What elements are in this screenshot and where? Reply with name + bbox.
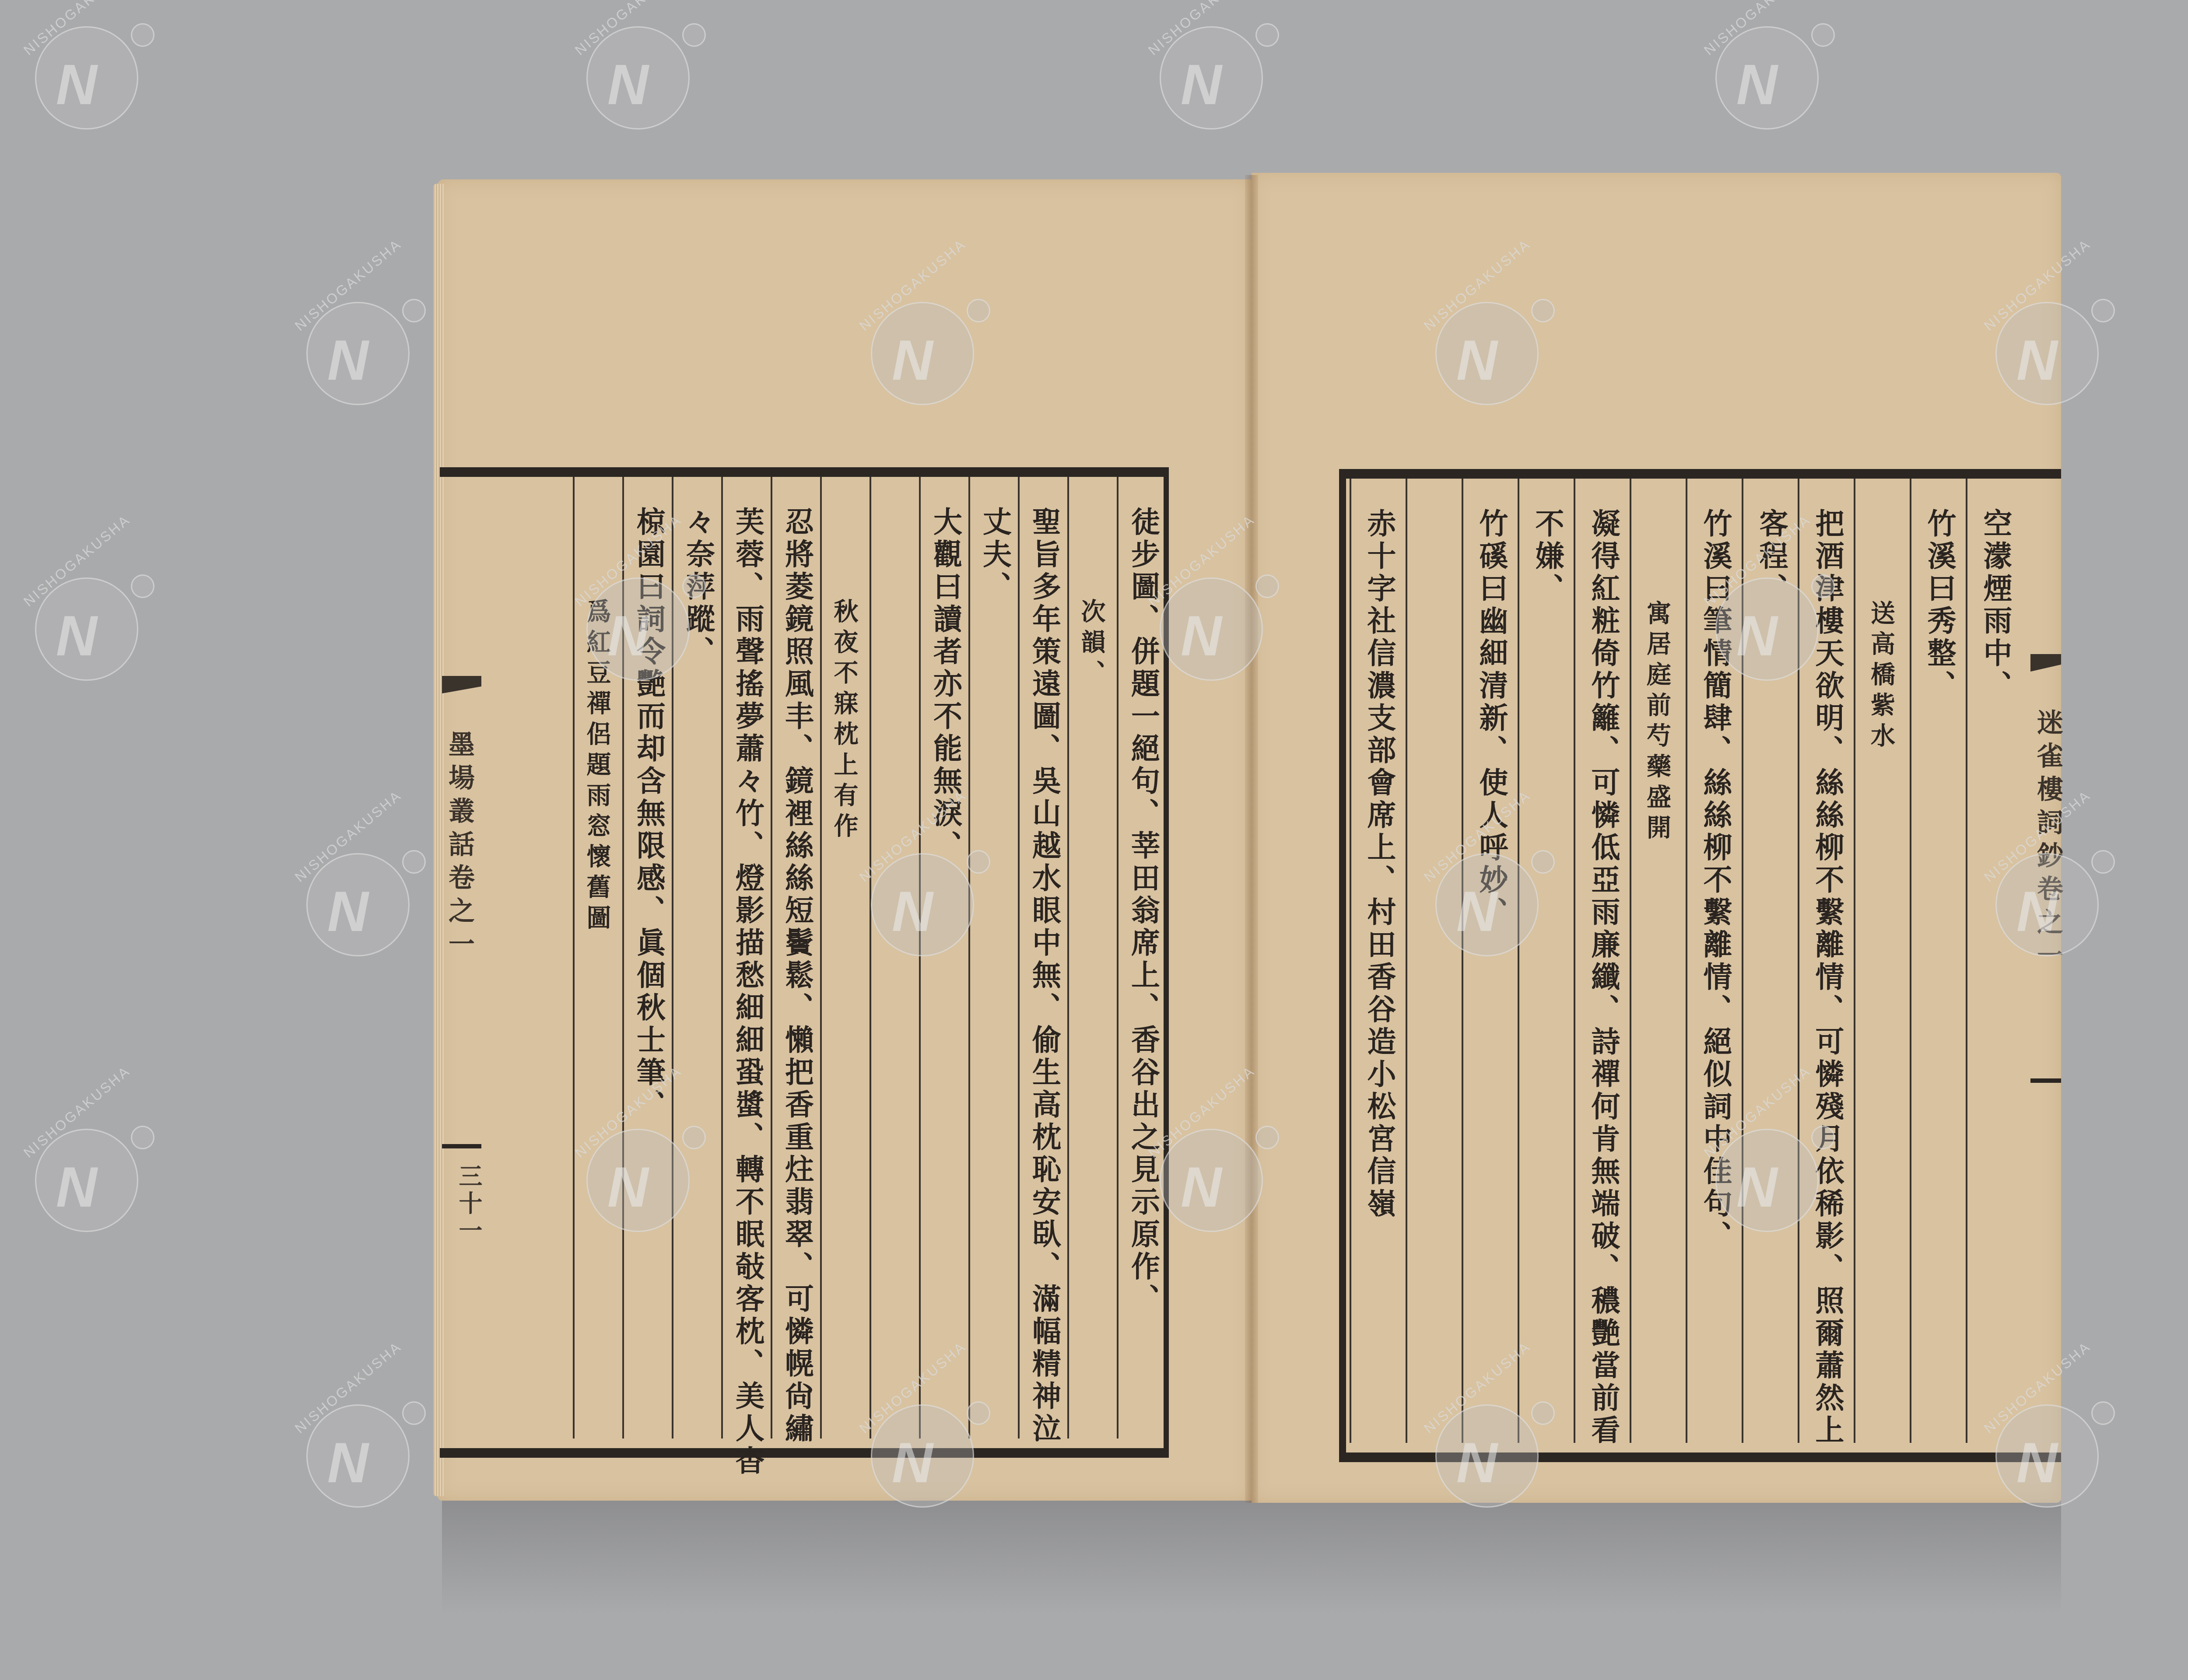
column-rule <box>1462 479 1463 1443</box>
text-column: 不嫌、 <box>1533 508 1562 605</box>
watermark-logo-icon: NISHOGAKUSHAN <box>1435 853 1539 956</box>
watermark-text: NISHOGAKUSHA <box>1701 0 1814 59</box>
column-rule <box>1117 477 1119 1438</box>
watermark-glyph: N <box>1736 52 1778 117</box>
text-column: 聖旨多年策遠圖、吳山越水眼中無、偷生高枕恥安臥、滿幅精神泣 <box>1030 507 1059 1445</box>
watermark-logo-icon: NISHOGAKUSHAN <box>1160 1129 1263 1232</box>
watermark-glyph: N <box>1456 1430 1497 1495</box>
watermark-glyph: N <box>56 1154 97 1220</box>
watermark-logo-icon: NISHOGAKUSHAN <box>586 1129 690 1232</box>
column-rule <box>1574 479 1575 1443</box>
column-rule <box>1518 479 1519 1443</box>
watermark-glyph: N <box>892 1430 933 1495</box>
watermark-glyph: N <box>327 1430 368 1495</box>
text-column: 徒步圖、併題一絕句、莘田翁席上、香谷出之見示原作、 <box>1129 507 1158 1316</box>
column-rule <box>870 477 871 1438</box>
column-rule <box>573 477 575 1438</box>
book-shadow <box>442 1501 2061 1614</box>
text-column: 空濛煙雨中、 <box>1981 508 2010 703</box>
watermark-logo-icon: NISHOGAKUSHAN <box>306 853 410 956</box>
watermark-text: NISHOGAKUSHA <box>21 1063 133 1161</box>
column-rule <box>1067 477 1069 1438</box>
watermark-logo-icon: NISHOGAKUSHAN <box>586 26 690 129</box>
watermark-text: NISHOGAKUSHA <box>21 511 133 610</box>
watermark-logo-icon: NISHOGAKUSHAN <box>586 577 690 681</box>
watermark-logo-icon: NISHOGAKUSHAN <box>1435 1404 1539 1508</box>
text-column: 赤十字社信濃支部會席上、村田香谷造小松宮信嶺 <box>1365 508 1394 1221</box>
watermark-glyph: N <box>1736 603 1778 668</box>
book-spine-gutter <box>1245 175 1258 1503</box>
watermark-text: NISHOGAKUSHA <box>292 236 405 334</box>
text-column: 丈夫、 <box>981 507 1010 604</box>
watermark-logo-icon: NISHOGAKUSHAN <box>35 1129 138 1232</box>
poem-title-column: 寓居庭前芍藥盛開 <box>1645 600 1669 845</box>
column-rule <box>1910 479 1911 1443</box>
column-rule <box>771 477 772 1438</box>
watermark-logo-icon: NISHOGAKUSHAN <box>871 302 974 405</box>
text-column: 芙蓉、雨聲搖夢蕭々竹、燈影描愁細細蛩螿、轉不眠敧客枕、美人杳 <box>733 507 762 1478</box>
watermark-logo-icon: NISHOGAKUSHAN <box>1995 1404 2099 1508</box>
watermark-logo-icon: NISHOGAKUSHAN <box>35 26 138 129</box>
watermark-glyph: N <box>1456 327 1497 393</box>
column-rule <box>1630 479 1631 1443</box>
poem-title-column: 秋夜不寐枕上有作 <box>832 598 857 843</box>
watermark-logo-icon: NISHOGAKUSHAN <box>871 1404 974 1508</box>
text-column: 竹溪曰秀整、 <box>1925 508 1954 703</box>
watermark-logo-icon: NISHOGAKUSHAN <box>306 1404 410 1508</box>
column-rule <box>721 477 723 1438</box>
watermark-glyph: N <box>1456 878 1497 944</box>
watermark-glyph: N <box>892 327 933 393</box>
watermark-glyph: N <box>56 52 97 117</box>
watermark-logo-icon: NISHOGAKUSHAN <box>1995 853 2099 956</box>
watermark-glyph: N <box>1181 603 1222 668</box>
watermark-logo-icon: NISHOGAKUSHAN <box>1160 577 1263 681</box>
watermark-glyph: N <box>607 1154 649 1220</box>
watermark-glyph: N <box>56 603 97 668</box>
column-rule <box>820 477 822 1438</box>
watermark-text: NISHOGAKUSHA <box>572 0 685 59</box>
watermark-glyph: N <box>327 878 368 944</box>
left-margin-title: 墨場叢話卷之一 <box>446 731 473 963</box>
text-column: 忍將菱鏡照風丰、鏡裡絲絲短鬢鬆、懶把香重炷翡翠、可憐幌尙繡 <box>783 507 812 1445</box>
column-rule <box>1406 479 1407 1443</box>
watermark-logo-icon: NISHOGAKUSHAN <box>1435 302 1539 405</box>
watermark-glyph: N <box>2016 327 2058 393</box>
watermark-glyph: N <box>1181 1154 1222 1220</box>
watermark-logo-icon: NISHOGAKUSHAN <box>1715 1129 1819 1232</box>
column-rule <box>968 477 970 1438</box>
watermark-logo-icon: NISHOGAKUSHAN <box>871 853 974 956</box>
column-rule <box>1966 479 1967 1443</box>
text-column: 凝得紅粧倚竹籬、可憐低亞雨廉纖、詩禪何肯無端破、穠艷當前看 <box>1589 508 1618 1447</box>
column-rule <box>1018 477 1020 1438</box>
watermark-glyph: N <box>607 603 649 668</box>
watermark-glyph: N <box>327 327 368 393</box>
right-margin-divider <box>2030 1078 2061 1083</box>
watermark-text: NISHOGAKUSHA <box>1145 0 1258 59</box>
text-column: 把酒津樓天欲明、絲絲柳不繫離情、可憐殘月依稀影、照爾蕭然上 <box>1813 508 1842 1447</box>
watermark-text: NISHOGAKUSHA <box>21 0 133 59</box>
watermark-text: NISHOGAKUSHA <box>292 787 405 885</box>
page-number: 三十一 <box>457 1164 481 1245</box>
watermark-logo-icon: NISHOGAKUSHAN <box>1715 26 1819 129</box>
watermark-glyph: N <box>2016 1430 2058 1495</box>
watermark-glyph: N <box>892 878 933 944</box>
watermark-logo-icon: NISHOGAKUSHAN <box>35 577 138 681</box>
watermark-glyph: N <box>2016 878 2058 944</box>
watermark-glyph: N <box>607 52 649 117</box>
watermark-glyph: N <box>1181 52 1222 117</box>
watermark-logo-icon: NISHOGAKUSHAN <box>306 302 410 405</box>
column-rule <box>919 477 921 1438</box>
column-rule <box>1686 479 1687 1443</box>
watermark-glyph: N <box>1736 1154 1778 1220</box>
right-frame-border <box>1339 469 1346 1462</box>
poem-title-column: 送高橋紫水 <box>1869 600 1893 753</box>
poem-title-column: 次韻、 <box>1080 598 1104 690</box>
column-rule <box>1350 479 1351 1443</box>
column-rule <box>1854 479 1855 1443</box>
watermark-text: NISHOGAKUSHA <box>292 1338 405 1437</box>
watermark-logo-icon: NISHOGAKUSHAN <box>1160 26 1263 129</box>
left-margin-divider <box>442 1144 481 1148</box>
watermark-logo-icon: NISHOGAKUSHAN <box>1995 302 2099 405</box>
watermark-logo-icon: NISHOGAKUSHAN <box>1715 577 1819 681</box>
